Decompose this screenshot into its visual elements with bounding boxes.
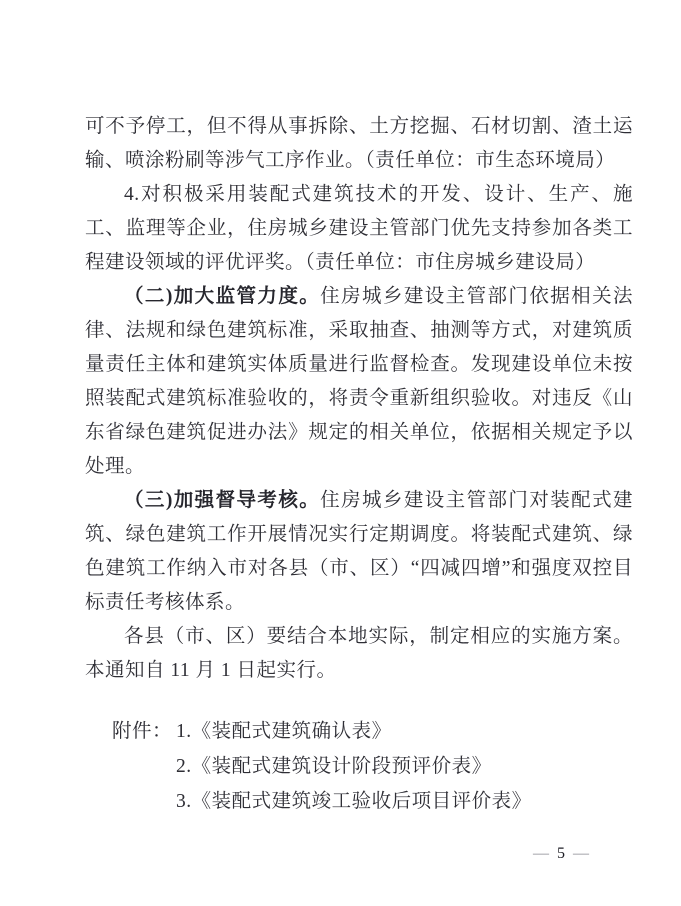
section-2-text: 住房城乡建设主管部门依据相关法律、法规和绿色建筑标准，采取抽查、抽测等方式，对建… [85, 286, 633, 477]
paragraph-section-2: （二)加大监管力度。住房城乡建设主管部门依据相关法律、法规和绿色建筑标准，采取抽… [85, 280, 633, 484]
paragraph-item-4: 4.对积极采用装配式建筑技术的开发、设计、生产、施工、监理等企业，住房城乡建设主… [85, 178, 633, 280]
paragraph-closing: 各县（市、区）要结合本地实际，制定相应的实施方案。本通知自 11 月 1 日起实… [85, 620, 633, 688]
page-footer: —5— [533, 844, 589, 864]
section-2-heading: （二)加大监管力度。 [124, 286, 320, 307]
attachments-block: 附件： 1.《装配式建筑确认表》 2.《装配式建筑设计阶段预评价表》 3.《装配… [85, 714, 633, 819]
attachments-label: 附件： [112, 714, 172, 749]
paragraph-section-3: （三)加强督导考核。住房城乡建设主管部门对装配式建筑、绿色建筑工作开展情况实行定… [85, 484, 633, 620]
page-number-dash-right: — [573, 845, 589, 862]
attachment-item: 2.《装配式建筑设计阶段预评价表》 [176, 749, 532, 784]
attachments-list: 1.《装配式建筑确认表》 2.《装配式建筑设计阶段预评价表》 3.《装配式建筑竣… [176, 714, 532, 819]
page-number-dash-left: — [533, 845, 549, 862]
page-number: 5 [557, 845, 565, 862]
paragraph-continuation: 可不予停工，但不得从事拆除、土方挖掘、石材切割、渣土运输、喷涂粉刷等涉气工序作业… [85, 110, 633, 178]
document-page: 可不予停工，但不得从事拆除、土方挖掘、石材切割、渣土运输、喷涂粉刷等涉气工序作业… [0, 0, 681, 906]
document-body: 可不予停工，但不得从事拆除、土方挖掘、石材切割、渣土运输、喷涂粉刷等涉气工序作业… [85, 110, 633, 819]
attachment-item: 3.《装配式建筑竣工验收后项目评价表》 [176, 784, 532, 819]
attachment-item: 1.《装配式建筑确认表》 [176, 714, 532, 749]
section-3-heading: （三)加强督导考核。 [124, 490, 320, 511]
